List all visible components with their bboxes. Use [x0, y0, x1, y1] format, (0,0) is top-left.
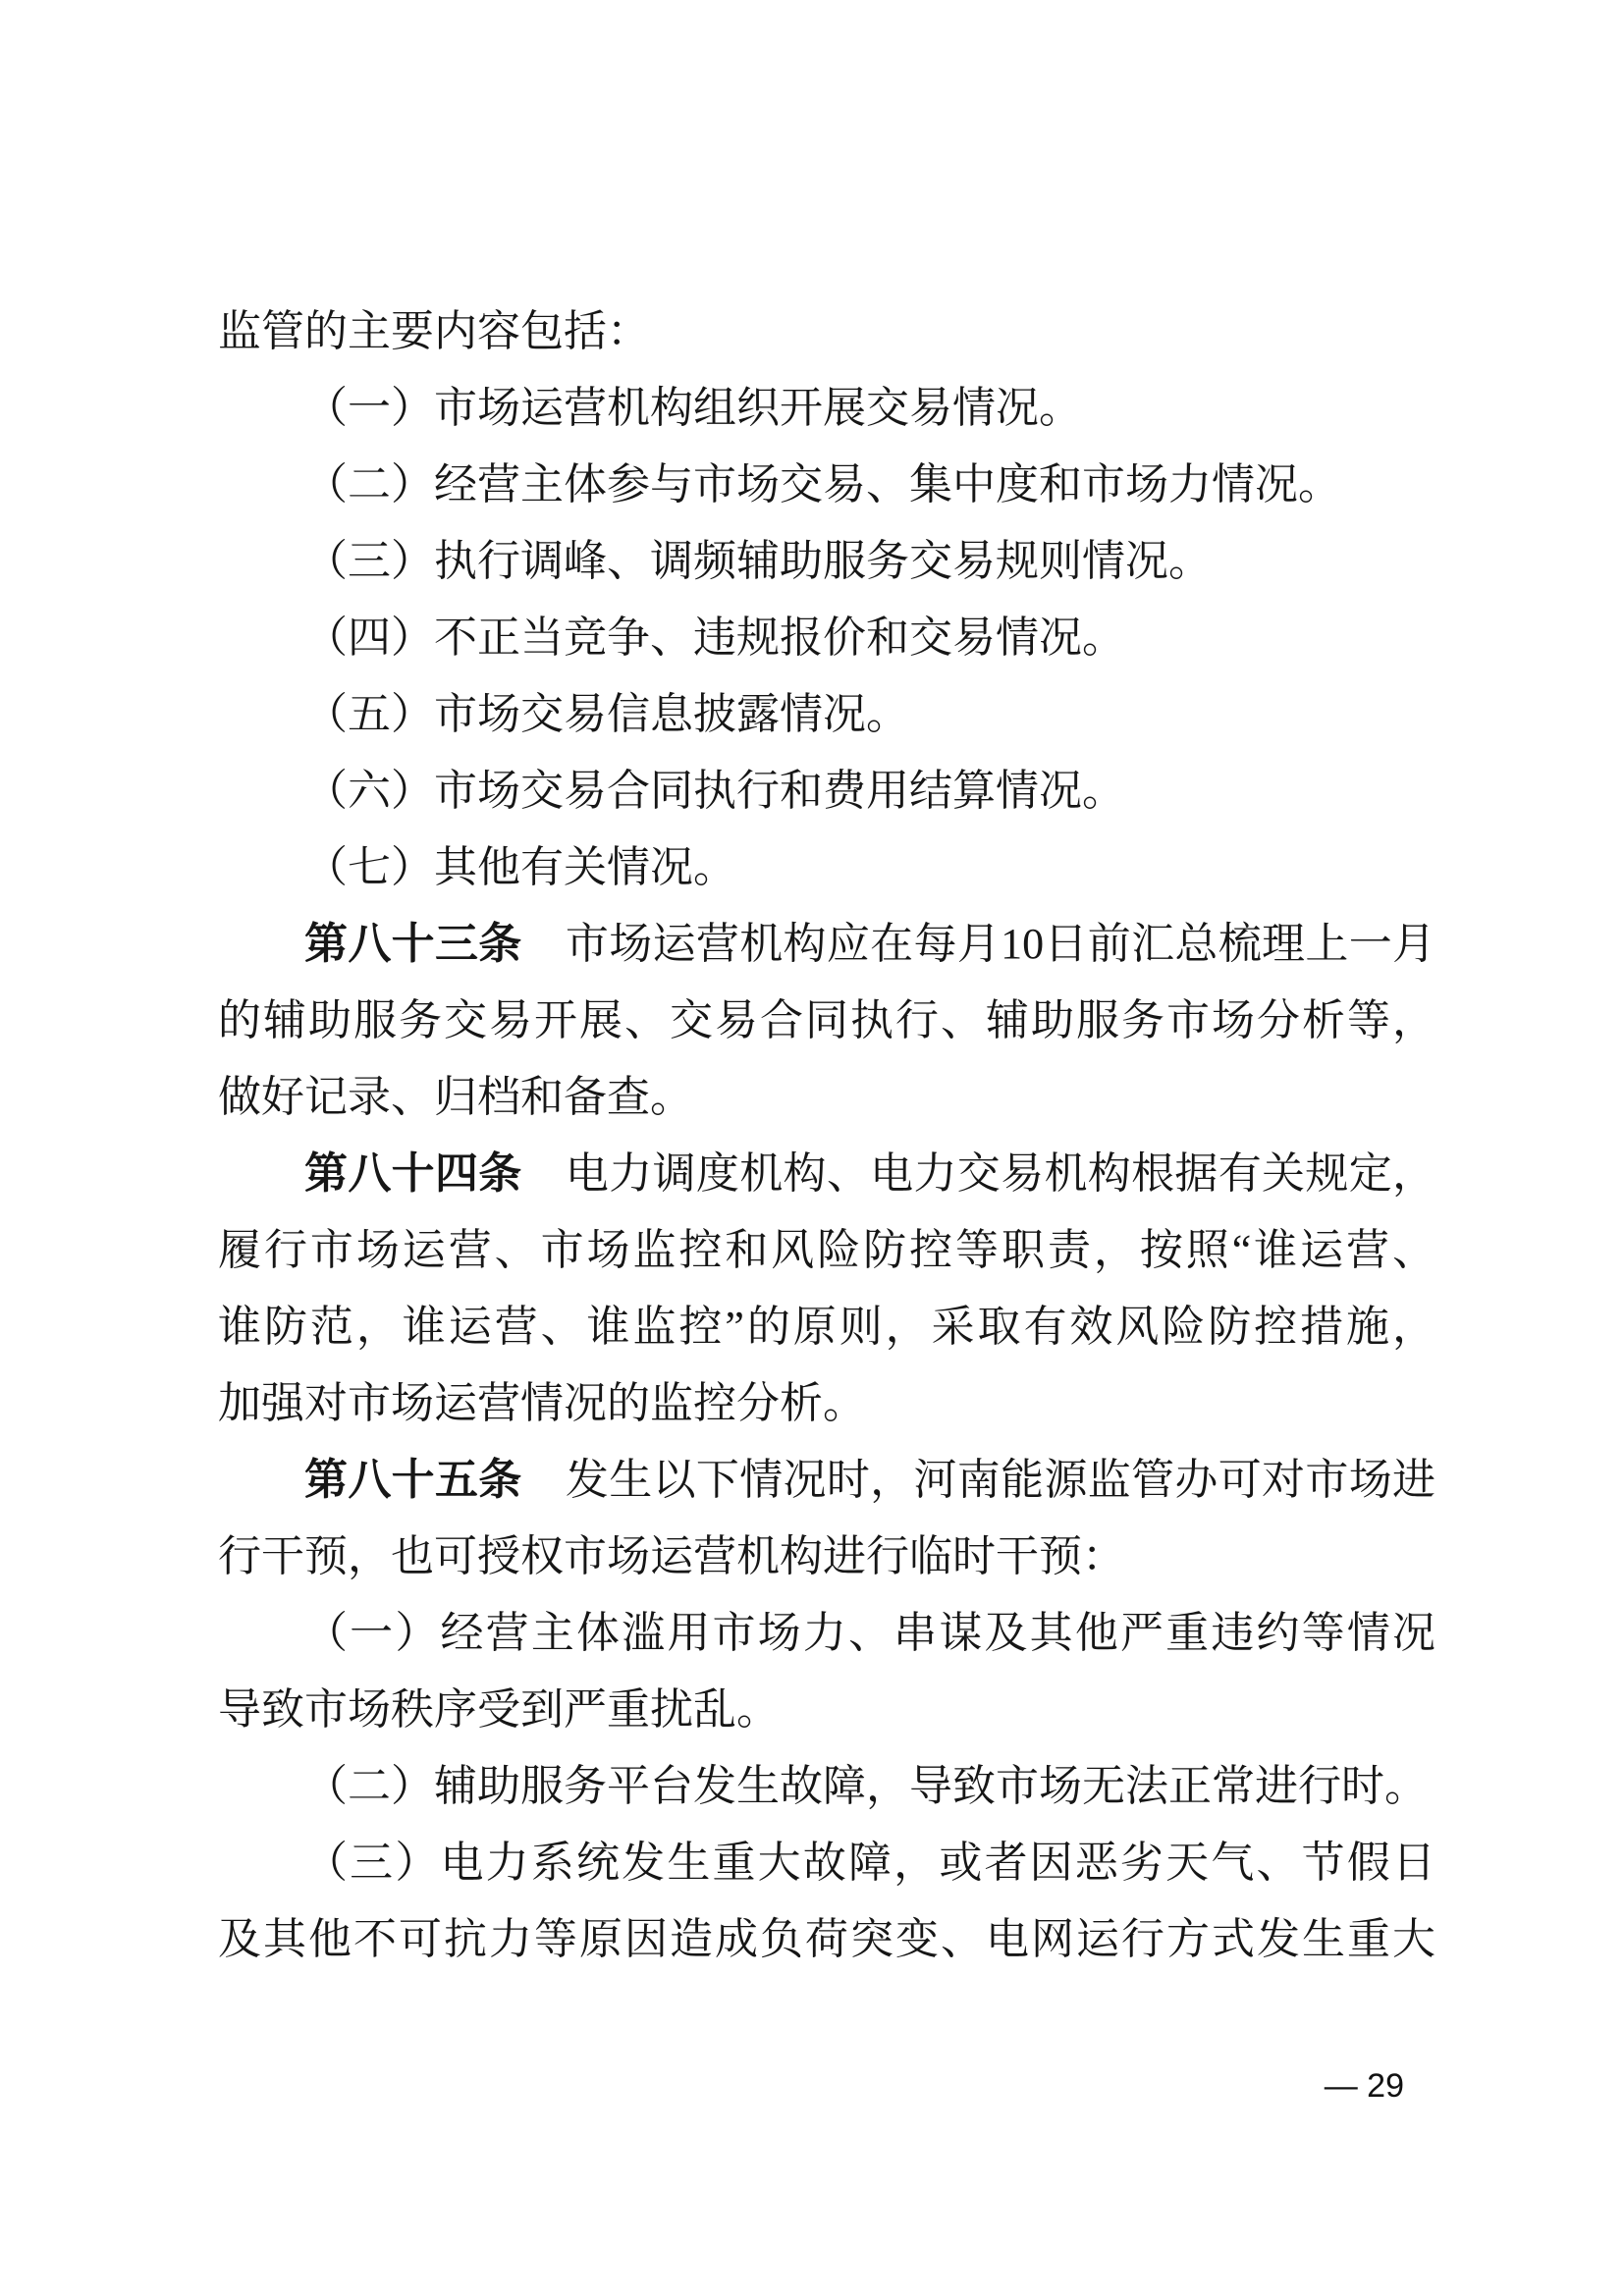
line-text: 发生以下情况时，河南能源监管办可对市场进: [522, 1456, 1435, 1504]
list-item-1: （一）市场运营机构组织开展交易情况。: [218, 370, 1435, 447]
list-item-6: （六）市场交易合同执行和费用结算情况。: [218, 753, 1435, 829]
text-line: 及其他不可抗力等原因造成负荷突变、电网运行方式发生重大: [218, 1901, 1435, 1978]
line-text: 及其他不可抗力等原因造成负荷突变、电网运行方式发生重大: [218, 1915, 1435, 1963]
line-text: 做好记录、归档和备查。: [218, 1073, 693, 1121]
line-text: 谁防范，谁运营、谁监控”的原则，采取有效风险防控措施，: [218, 1303, 1435, 1351]
line-text: （二）辅助服务平台发生故障，导致市场无法正常进行时。: [304, 1762, 1428, 1810]
line-text: （五）市场交易信息披露情况。: [304, 690, 909, 738]
line-text: （一）市场运营机构组织开展交易情况。: [304, 384, 1082, 432]
document-page: 监管的主要内容包括： （一）市场运营机构组织开展交易情况。 （二）经营主体参与市…: [0, 0, 1624, 2296]
list-item-2: （二）经营主体参与市场交易、集中度和市场力情况。: [218, 447, 1435, 523]
line-text: 导致市场秩序受到严重扰乱。: [218, 1685, 780, 1734]
list-item-5: （五）市场交易信息披露情况。: [218, 676, 1435, 753]
article-83-line: 第八十三条 市场运营机构应在每月10日前汇总梳理上一月: [218, 906, 1435, 983]
list-item-3b: （三）电力系统发生重大故障，或者因恶劣天气、节假日: [218, 1825, 1435, 1901]
list-item-3: （三）执行调峰、调频辅助服务交易规则情况。: [218, 523, 1435, 600]
line-text: （四）不正当竞争、违规报价和交易情况。: [304, 614, 1125, 662]
line-text: （二）经营主体参与市场交易、集中度和市场力情况。: [304, 460, 1341, 508]
line-text: 电力调度机构、电力交易机构根据有关规定，: [522, 1149, 1435, 1198]
list-item-1b: （一）经营主体滥用市场力、串谋及其他严重违约等情况: [218, 1595, 1435, 1672]
article-number-83: 第八十三条: [304, 920, 522, 968]
article-84-line: 第八十四条 电力调度机构、电力交易机构根据有关规定，: [218, 1136, 1435, 1212]
line-text: 的辅助服务交易开展、交易合同执行、辅助服务市场分析等，: [218, 996, 1435, 1044]
line-text: （三）电力系统发生重大故障，或者因恶劣天气、节假日: [304, 1839, 1435, 1887]
line-text: （七）其他有关情况。: [304, 843, 736, 891]
line-text: 行干预，也可授权市场运营机构进行临时干预：: [218, 1532, 1125, 1580]
article-number-84: 第八十四条: [304, 1149, 522, 1198]
line-text: 监管的主要内容包括：: [218, 307, 650, 355]
text-line: 行干预，也可授权市场运营机构进行临时干预：: [218, 1519, 1435, 1595]
page-number: — 29: [1325, 2064, 1404, 2108]
list-item-2b: （二）辅助服务平台发生故障，导致市场无法正常进行时。: [218, 1748, 1435, 1825]
article-number-85: 第八十五条: [304, 1456, 522, 1504]
text-line: 做好记录、归档和备查。: [218, 1059, 1435, 1136]
line-text: 加强对市场运营情况的监控分析。: [218, 1379, 866, 1427]
text-line: 加强对市场运营情况的监控分析。: [218, 1365, 1435, 1442]
line-text: （一）经营主体滥用市场力、串谋及其他严重违约等情况: [304, 1609, 1435, 1657]
line-text: 市场运营机构应在每月10日前汇总梳理上一月: [522, 920, 1435, 968]
article-85-line: 第八十五条 发生以下情况时，河南能源监管办可对市场进: [218, 1442, 1435, 1519]
text-line: 导致市场秩序受到严重扰乱。: [218, 1672, 1435, 1748]
line-text: 履行市场运营、市场监控和风险防控等职责，按照“谁运营、: [218, 1226, 1435, 1274]
document-text-block: 监管的主要内容包括： （一）市场运营机构组织开展交易情况。 （二）经营主体参与市…: [218, 294, 1435, 1978]
line-text: （六）市场交易合同执行和费用结算情况。: [304, 767, 1125, 815]
list-item-4: （四）不正当竞争、违规报价和交易情况。: [218, 600, 1435, 676]
text-line: 履行市场运营、市场监控和风险防控等职责，按照“谁运营、: [218, 1212, 1435, 1289]
text-line: 谁防范，谁运营、谁监控”的原则，采取有效风险防控措施，: [218, 1289, 1435, 1365]
text-line: 的辅助服务交易开展、交易合同执行、辅助服务市场分析等，: [218, 983, 1435, 1059]
text-line: 监管的主要内容包括：: [218, 294, 1435, 370]
list-item-7: （七）其他有关情况。: [218, 829, 1435, 906]
line-text: （三）执行调峰、调频辅助服务交易规则情况。: [304, 537, 1212, 585]
